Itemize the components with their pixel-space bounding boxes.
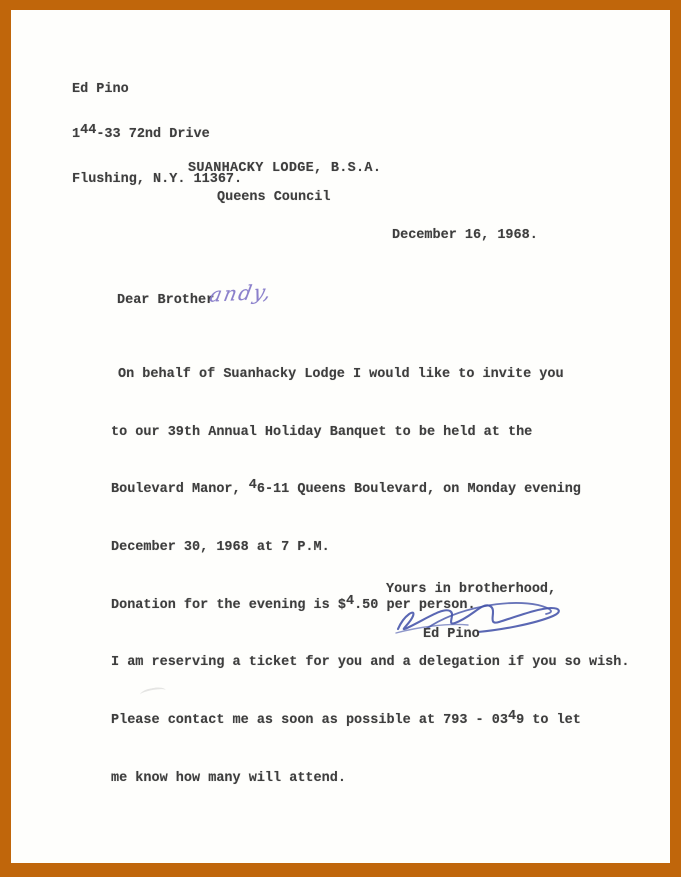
sender-street-pre: 1 <box>72 127 80 142</box>
organization-council: Queens Council <box>217 190 330 205</box>
body-line-superscript: 4 <box>249 478 257 493</box>
body-line: I am reserving a ticket for you and a de… <box>111 649 629 677</box>
body-line-text: On behalf of Suanhacky Lodge I would lik… <box>118 367 564 382</box>
date-line: December 16, 1968. <box>392 228 538 243</box>
sender-street-superscript: 44 <box>80 123 96 138</box>
body-line-superscript: 4 <box>508 709 516 724</box>
body-line-text: Donation for the evening is $ <box>111 598 346 613</box>
handwritten-recipient-name: andy, <box>208 279 275 307</box>
body-line-text: Boulevard Manor, <box>111 482 249 497</box>
body-line-text: Please contact me as soon as possible at… <box>111 713 508 728</box>
body-line: Please contact me as soon as possible at… <box>111 707 629 735</box>
body-line-text: December 30, 1968 at 7 P.M. <box>111 540 330 555</box>
sender-street: 144-33 72nd Drive <box>72 127 242 142</box>
letter-body: On behalf of Suanhacky Lodge I would lik… <box>111 331 629 823</box>
body-line: December 30, 1968 at 7 P.M. <box>111 534 629 562</box>
body-line: Boulevard Manor, 46-11 Queens Boulevard,… <box>111 476 629 504</box>
body-line-text: to our 39th Annual Holiday Banquet to be… <box>111 425 532 440</box>
typed-signature-name: Ed Pino <box>423 627 480 642</box>
sender-name: Ed Pino <box>72 82 242 97</box>
organization-name: SUANHACKY LODGE, B.S.A. <box>188 161 381 176</box>
body-line: to our 39th Annual Holiday Banquet to be… <box>111 419 629 447</box>
salutation: Dear Brother <box>117 293 214 308</box>
letter-scan: Ed Pino 144-33 72nd Drive Flushing, N.Y.… <box>0 0 681 877</box>
body-line-text: 9 to let <box>516 713 581 728</box>
body-line-text: 6-11 Queens Boulevard, on Monday evening <box>257 482 581 497</box>
body-line: On behalf of Suanhacky Lodge I would lik… <box>111 361 629 389</box>
body-line-superscript: 4 <box>346 594 354 609</box>
body-line-text: I am reserving a ticket for you and a de… <box>111 655 629 670</box>
signature-scribble <box>388 595 573 639</box>
body-line: me know how many will attend. <box>111 765 629 793</box>
body-line-text: me know how many will attend. <box>111 771 346 786</box>
sender-street-post: -33 72nd Drive <box>96 127 209 142</box>
